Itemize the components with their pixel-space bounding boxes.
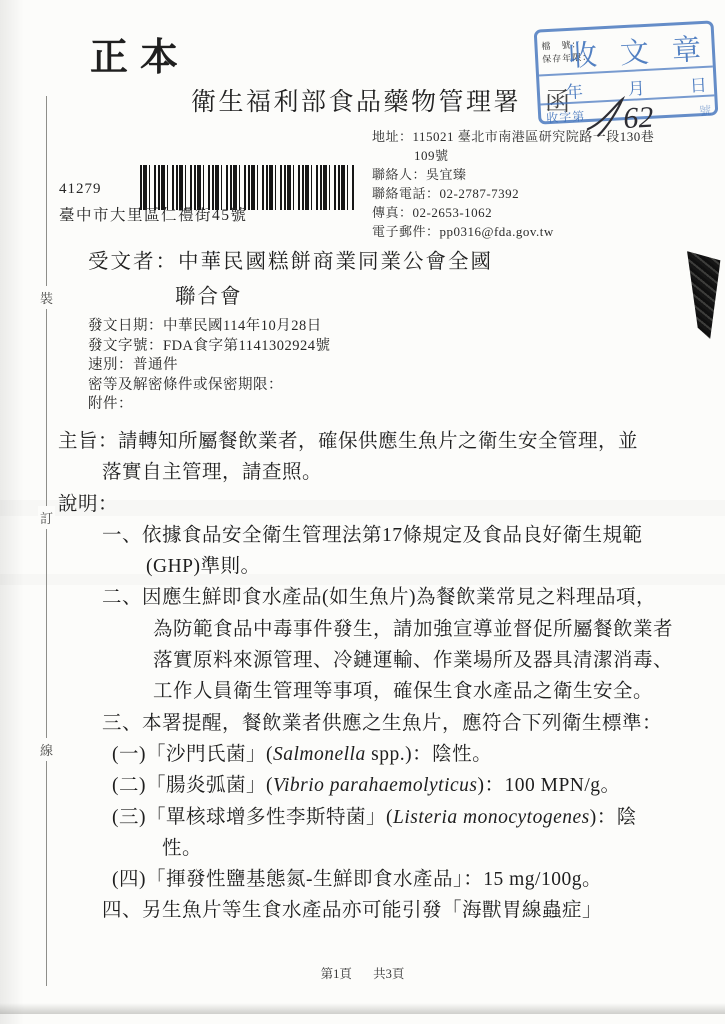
sender-email: 電子郵件：pp0316@fda.gov.tw [372, 222, 654, 241]
body-text-segment: spp.)：陰性。 [366, 744, 492, 765]
body-line: 落實原料來源管理、冷鏈運輸、作業場所及器具清潔消毒、 [58, 645, 673, 676]
body-line: (GHP)準則。 [58, 551, 673, 582]
recipient-zipcode: 41279 [59, 181, 102, 198]
body-text-segment: 四、另生魚片等生食水產品亦可能引發「海獸胃線蟲症」 [102, 900, 602, 921]
stamp-char-seal: 章 [671, 27, 702, 69]
body-text-segment: 二、因應生鮮即食水產品(如生魚片)為餐飲業常見之料理品項， [102, 587, 656, 608]
body-text-segment: )：100 MPN/g。 [477, 775, 620, 796]
body-text-segment: 說明： [58, 494, 118, 515]
latin-species-name: Salmonella [273, 744, 366, 765]
body-text-segment: 落實自主管理，請查照。 [102, 462, 322, 483]
binding-mark-ding: 訂 [38, 506, 55, 529]
body-text-segment: 工作人員衛生管理等事項，確保生食水產品之衛生安全。 [153, 681, 653, 702]
body-text-segment: (三)「單核球增多性李斯特菌」( [112, 807, 393, 828]
body-text-segment: 一、依據食品安全衛生管理法第17條規定及食品良好衛生規範 [102, 525, 643, 546]
scan-bottom-shadow [0, 1003, 725, 1014]
body-line: (一)「沙門氏菌」(Salmonella spp.)：陰性。 [58, 739, 673, 770]
body-line: 說明： [58, 489, 673, 520]
sender-phone: 聯絡電話：02-2787-7392 [372, 184, 654, 203]
body-text-segment: (GHP)準則。 [146, 556, 261, 577]
binding-mark-xian: 線 [38, 738, 55, 761]
sender-contact-block: 地址：115021 臺北市南港區研究院路一段130巷 109號 聯絡人：吳宜臻 … [372, 127, 654, 241]
stamp-number-suffix: 號 [699, 102, 712, 120]
body-line: 二、因應生鮮即食水產品(如生魚片)為餐飲業常見之料理品項， [58, 582, 673, 613]
recipient-line1: 受文者：中華民國糕餅商業同業公會全國 [88, 245, 493, 280]
copy-type-label: 正本 [90, 26, 190, 81]
body-text-segment: 主旨：請轉知所屬餐飲業者，確保供應生魚片之衛生安全管理，並 [58, 431, 638, 452]
binding-mark-zhuang: 裝 [38, 286, 55, 309]
meta-attachment: 附件： [88, 395, 330, 415]
stamp-year-label: 年 [565, 77, 583, 103]
body-text-segment: (二)「腸炎弧菌」( [112, 775, 273, 796]
body-line: (二)「腸炎弧菌」(Vibrio parahaemolyticus)：100 M… [58, 770, 673, 801]
body-text-segment: 三、本署提醒，餐飲業者供應之生魚片，應符合下列衛生標準： [102, 713, 662, 734]
body-line: 為防範食品中毒事件發生，請加強宣導並督促所屬餐飲業者 [58, 614, 673, 645]
body-text: 主旨：請轉知所屬餐飲業者，確保供應生魚片之衛生安全管理，並落實自主管理，請查照。… [58, 426, 673, 927]
recipient-line2: 聯合會 [88, 280, 493, 315]
body-text-segment: 性。 [162, 838, 202, 859]
latin-species-name: Listeria monocytogenes [393, 807, 590, 828]
sender-address-line2: 109號 [372, 146, 654, 165]
scan-artifact-wedge [675, 251, 721, 340]
body-line: (四)「揮發性鹽基態氮-生鮮即食水產品」：15 mg/100g。 [58, 864, 673, 895]
body-line: 一、依據食品安全衛生管理法第17條規定及食品良好衛生規範 [58, 520, 673, 551]
page-footer: 第1頁 共3頁 [0, 964, 725, 982]
recipient-street: 臺中市大里區仁禮街45號 [59, 203, 248, 225]
stamp-char-document: 文 [619, 30, 650, 72]
body-line: 三、本署提醒，餐飲業者供應之生魚片，應符合下列衛生標準： [58, 708, 673, 739]
receipt-stamp: 檔 號： 保存年限： 收 文 章 年 月 日 收字第 62 號 [534, 20, 719, 124]
recipient-name-block: 受文者：中華民國糕餅商業同業公會全國 聯合會 [88, 245, 493, 315]
body-line: 主旨：請轉知所屬餐飲業者，確保供應生魚片之衛生安全管理，並 [58, 426, 673, 457]
sender-contact-person: 聯絡人：吳宜臻 [372, 165, 654, 184]
body-line: (三)「單核球增多性李斯特菌」(Listeria monocytogenes)：… [58, 802, 673, 833]
body-text-segment: 落實原料來源管理、冷鏈運輸、作業場所及器具清潔消毒、 [153, 650, 673, 671]
agency-title: 衛生福利部食品藥物管理署 [191, 89, 521, 116]
letter-meta-block: 發文日期：中華民國114年10月28日 發文字號：FDA食字第114130292… [88, 317, 330, 415]
body-line: 工作人員衛生管理等事項，確保生食水產品之衛生安全。 [58, 676, 673, 707]
meta-issue-date: 發文日期：中華民國114年10月28日 [88, 317, 330, 337]
body-text-segment: )：陰 [590, 807, 637, 828]
body-text-segment: 為防範食品中毒事件發生，請加強宣導並督促所屬餐飲業者 [153, 619, 673, 640]
footer-page-total: 共3頁 [373, 967, 404, 981]
scanned-official-letter: 裝 訂 線 正本 衛生福利部食品藥物管理署函 檔 號： 保存年限： 收 文 章 … [0, 0, 725, 1024]
stamp-char-receive: 收 [567, 33, 598, 75]
meta-doc-number: 發文字號：FDA食字第1141302924號 [88, 337, 330, 357]
body-line: 落實自主管理，請查照。 [58, 457, 673, 488]
binding-line [46, 96, 47, 986]
meta-classification: 密等及解密條件或保密期限： [88, 376, 330, 396]
footer-page-current: 第1頁 [321, 967, 352, 981]
stamp-receipt-label: 收字第 [546, 107, 586, 126]
body-text-segment: (一)「沙門氏菌」( [112, 744, 273, 765]
document-title-row: 衛生福利部食品藥物管理署函 [191, 82, 573, 118]
meta-priority: 速別：普通件 [88, 356, 330, 376]
body-line: 性。 [58, 833, 673, 864]
latin-species-name: Vibrio parahaemolyticus [273, 775, 478, 796]
stamp-day-label: 日 [689, 71, 707, 97]
body-line: 四、另生魚片等生食水產品亦可能引發「海獸胃線蟲症」 [58, 895, 673, 926]
body-text-segment: (四)「揮發性鹽基態氮-生鮮即食水產品」：15 mg/100g。 [112, 869, 602, 890]
sender-address-line1: 地址：115021 臺北市南港區研究院路一段130巷 [372, 127, 654, 146]
sender-fax: 傳真：02-2653-1062 [372, 203, 654, 222]
